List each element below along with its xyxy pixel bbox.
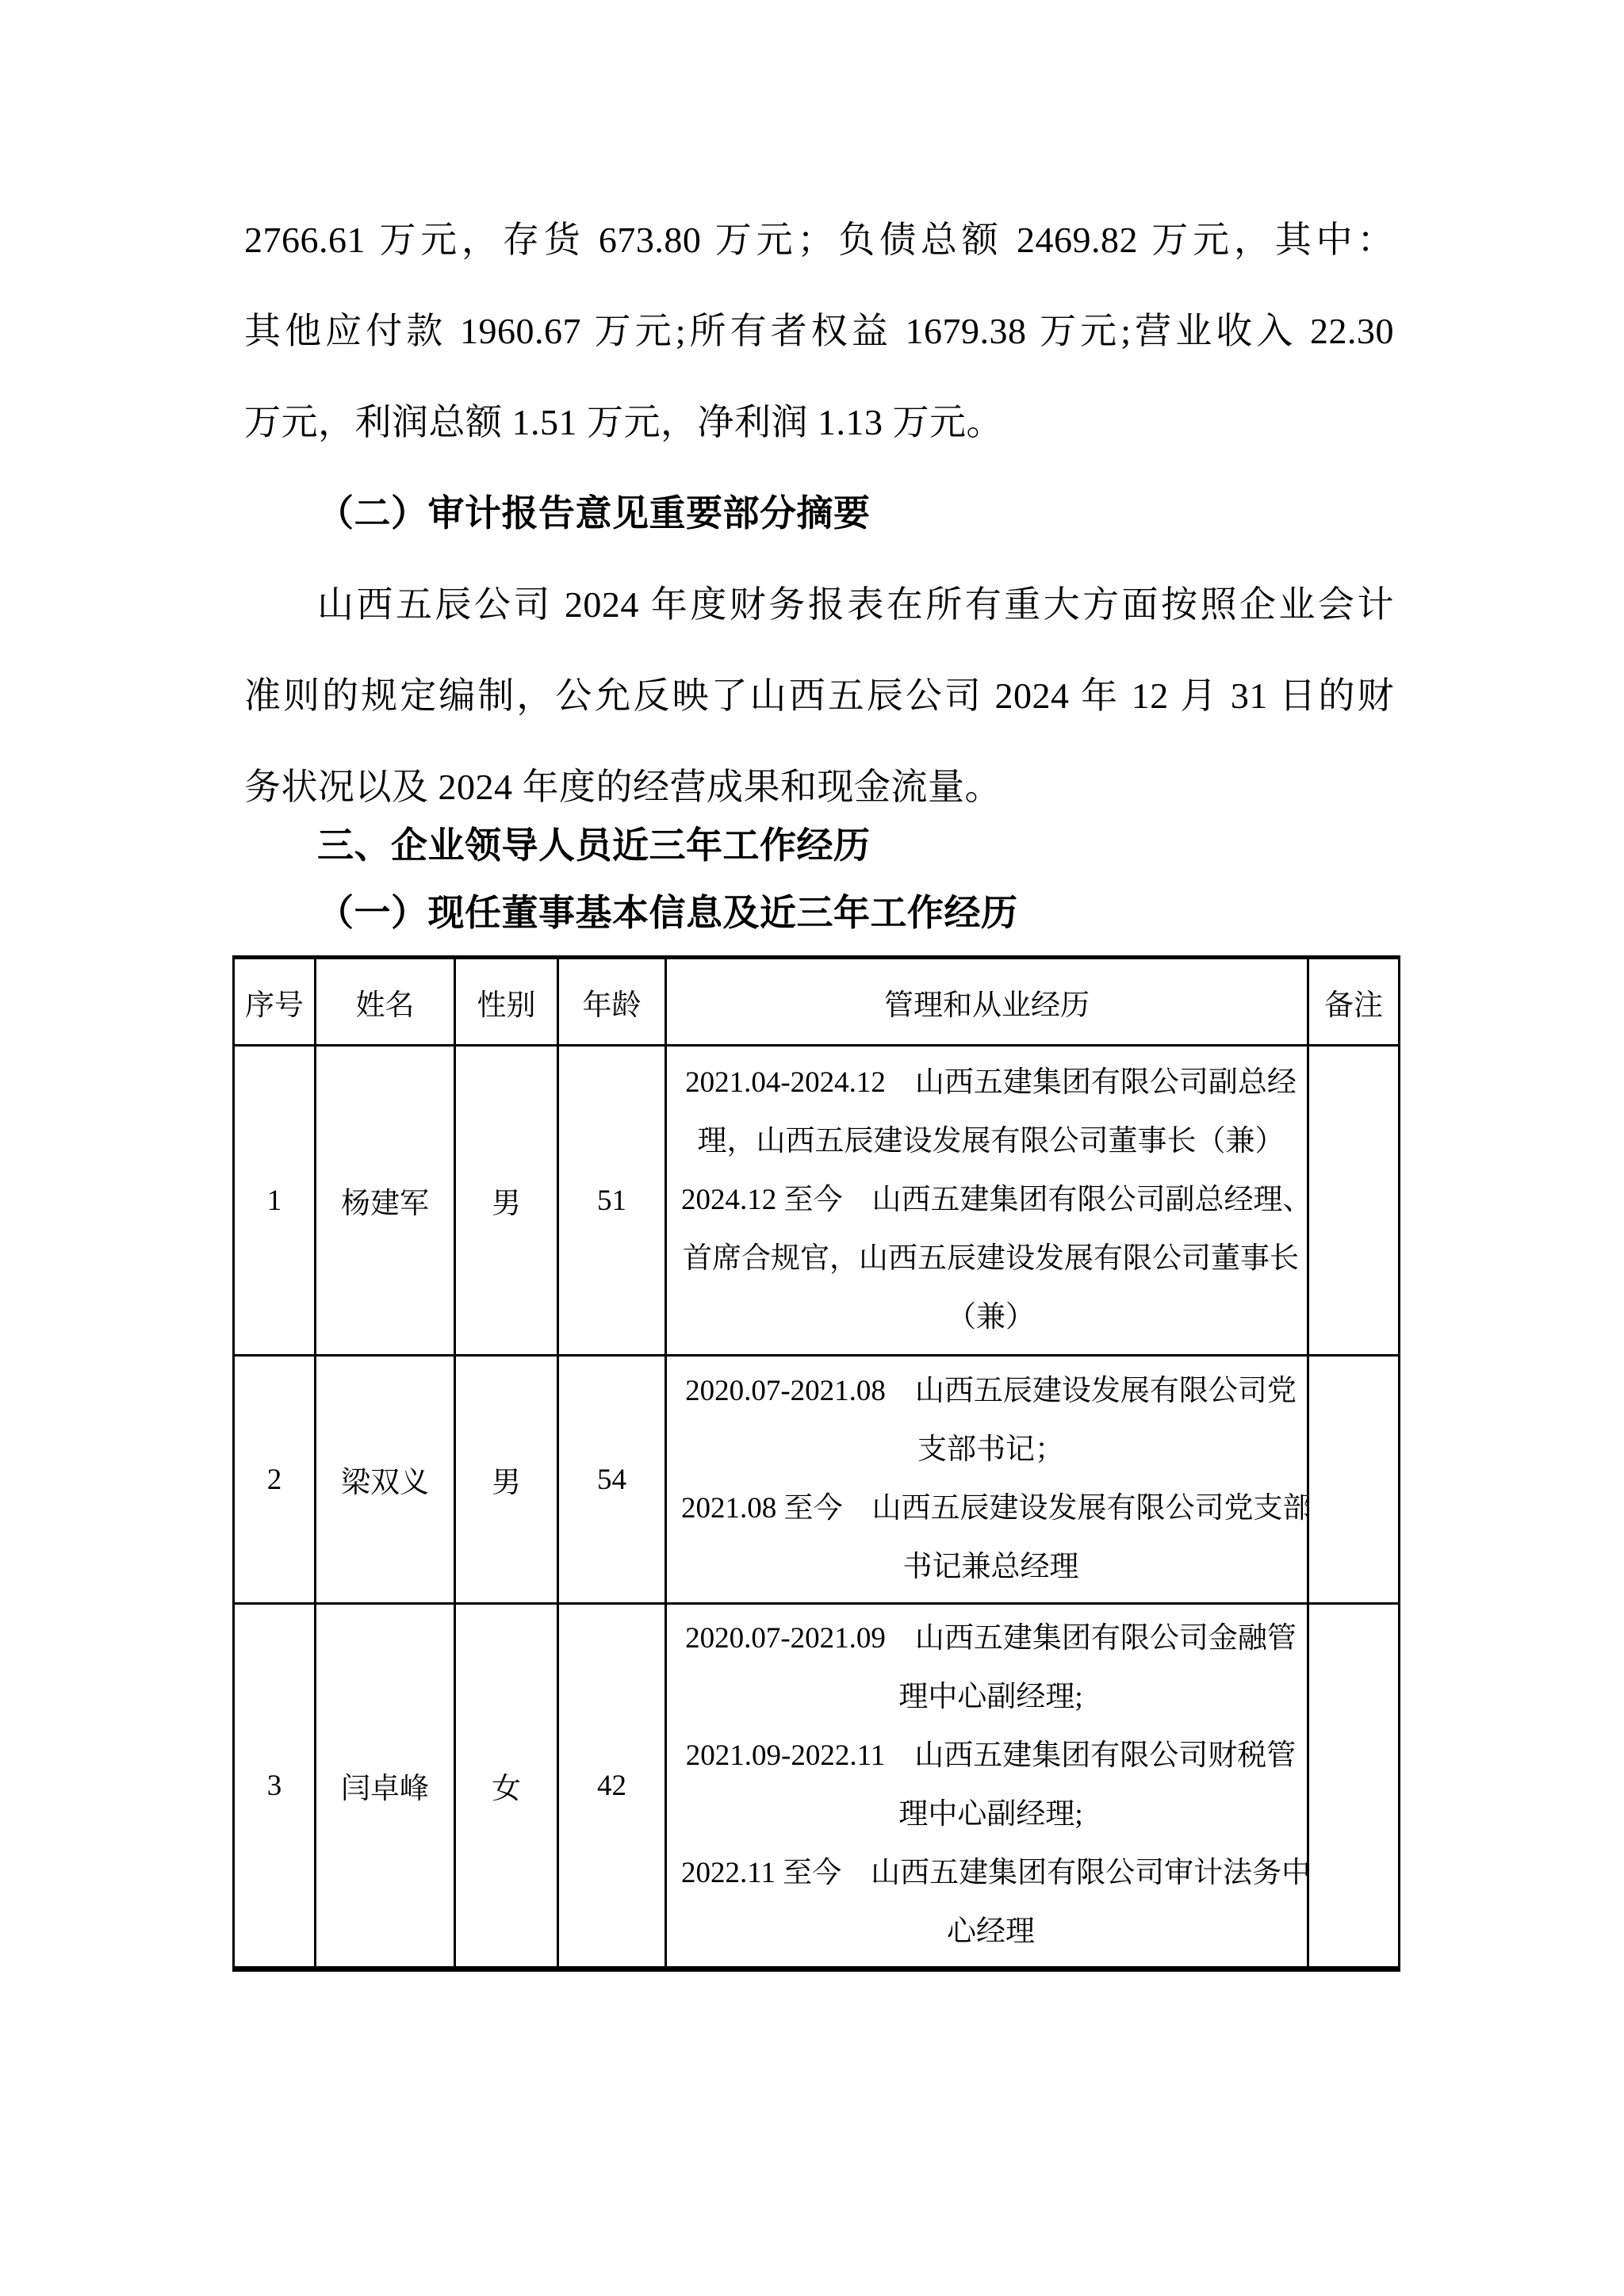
experience-line: 首席合规官，山西五辰建设发展有限公司董事长 — [681, 1230, 1300, 1288]
paragraph-audit-line-2: 准则的规定编制，公允反映了山西五辰公司 2024 年 12 月 31 日的财 — [244, 672, 1394, 721]
experience-line: 2022.11 至今 山西五建集团有限公司审计法务中 — [681, 1844, 1300, 1903]
header-age: 年龄 — [558, 958, 666, 1046]
table-row: 2 梁双义 男 54 2020.07-2021.08 山西五辰建设发展有限公司党… — [234, 1356, 1400, 1604]
experience-lines: 2021.04-2024.12 山西五建集团有限公司副总经 理，山西五辰建设发展… — [667, 1054, 1307, 1347]
header-gender: 性别 — [455, 958, 558, 1046]
cell-note — [1308, 1604, 1400, 1969]
directors-table: 序号 姓名 性别 年龄 管理和从业经历 备注 1 杨建军 男 51 2021.0… — [232, 955, 1400, 1972]
paragraph-audit-line-3: 务状况以及 2024 年度的经营成果和现金流量。 — [244, 763, 1394, 812]
paragraph-financials-line-3: 万元，利润总额 1.51 万元，净利润 1.13 万元。 — [244, 398, 1394, 447]
header-no: 序号 — [234, 958, 316, 1046]
experience-line: 理，山西五辰建设发展有限公司董事长（兼） — [681, 1112, 1300, 1171]
cell-gender: 男 — [455, 1046, 558, 1356]
experience-line: 心经理 — [681, 1903, 1300, 1961]
cell-no: 2 — [234, 1356, 316, 1604]
table-header-row: 序号 姓名 性别 年龄 管理和从业经历 备注 — [234, 958, 1400, 1046]
experience-line: 支部书记； — [681, 1421, 1300, 1479]
header-name: 姓名 — [316, 958, 455, 1046]
paragraph-financials-line-2: 其他应付款 1960.67 万元;所有者权益 1679.38 万元;营业收入 2… — [244, 307, 1394, 356]
table-row: 3 闫卓峰 女 42 2020.07-2021.09 山西五建集团有限公司金融管… — [234, 1604, 1400, 1969]
experience-line: 2020.07-2021.09 山西五建集团有限公司金融管 — [681, 1609, 1300, 1668]
experience-line: 理中心副经理; — [681, 1668, 1300, 1727]
experience-line: 2024.12 至今 山西五建集团有限公司副总经理、 — [681, 1171, 1300, 1230]
cell-age: 54 — [558, 1356, 666, 1604]
cell-name: 闫卓峰 — [316, 1604, 455, 1969]
cell-gender: 男 — [455, 1356, 558, 1604]
experience-line: 2021.09-2022.11 山西五建集团有限公司财税管 — [681, 1727, 1300, 1785]
cell-no: 1 — [234, 1046, 316, 1356]
cell-note — [1308, 1046, 1400, 1356]
experience-line: 理中心副经理; — [681, 1785, 1300, 1844]
cell-no: 3 — [234, 1604, 316, 1969]
header-note: 备注 — [1308, 958, 1400, 1046]
experience-line: （兼） — [681, 1288, 1300, 1347]
cell-experience: 2020.07-2021.08 山西五辰建设发展有限公司党 支部书记； 2021… — [666, 1356, 1308, 1604]
heading-section3: 三、企业领导人员近三年工作经历 — [244, 821, 1394, 871]
experience-line: 2021.08 至今 山西五辰建设发展有限公司党支部 — [681, 1479, 1300, 1538]
table-row: 1 杨建军 男 51 2021.04-2024.12 山西五建集团有限公司副总经… — [234, 1046, 1400, 1356]
heading-section3-1: （一）现任董事基本信息及近三年工作经历 — [244, 889, 1394, 938]
cell-gender: 女 — [455, 1604, 558, 1969]
experience-line: 书记兼总经理 — [681, 1538, 1300, 1597]
cell-age: 42 — [558, 1604, 666, 1969]
heading-audit-summary: （二）审计报告意见重要部分摘要 — [244, 489, 1394, 538]
experience-line: 2020.07-2021.08 山西五辰建设发展有限公司党 — [681, 1362, 1300, 1421]
experience-line: 2021.04-2024.12 山西五建集团有限公司副总经 — [681, 1054, 1300, 1112]
experience-lines: 2020.07-2021.09 山西五建集团有限公司金融管 理中心副经理; 20… — [667, 1609, 1307, 1961]
header-experience: 管理和从业经历 — [666, 958, 1308, 1046]
cell-note — [1308, 1356, 1400, 1604]
cell-name: 杨建军 — [316, 1046, 455, 1356]
cell-experience: 2020.07-2021.09 山西五建集团有限公司金融管 理中心副经理; 20… — [666, 1604, 1308, 1969]
document-page: 2766.61 万元，存货 673.80 万元；负债总额 2469.82 万元，… — [0, 0, 1624, 2296]
paragraph-financials-line-1: 2766.61 万元，存货 673.80 万元；负债总额 2469.82 万元，… — [244, 216, 1394, 265]
cell-experience: 2021.04-2024.12 山西五建集团有限公司副总经 理，山西五辰建设发展… — [666, 1046, 1308, 1356]
cell-name: 梁双义 — [316, 1356, 455, 1604]
cell-age: 51 — [558, 1046, 666, 1356]
experience-lines: 2020.07-2021.08 山西五辰建设发展有限公司党 支部书记； 2021… — [667, 1362, 1307, 1597]
paragraph-audit-line-1: 山西五辰公司 2024 年度财务报表在所有重大方面按照企业会计 — [244, 580, 1394, 629]
